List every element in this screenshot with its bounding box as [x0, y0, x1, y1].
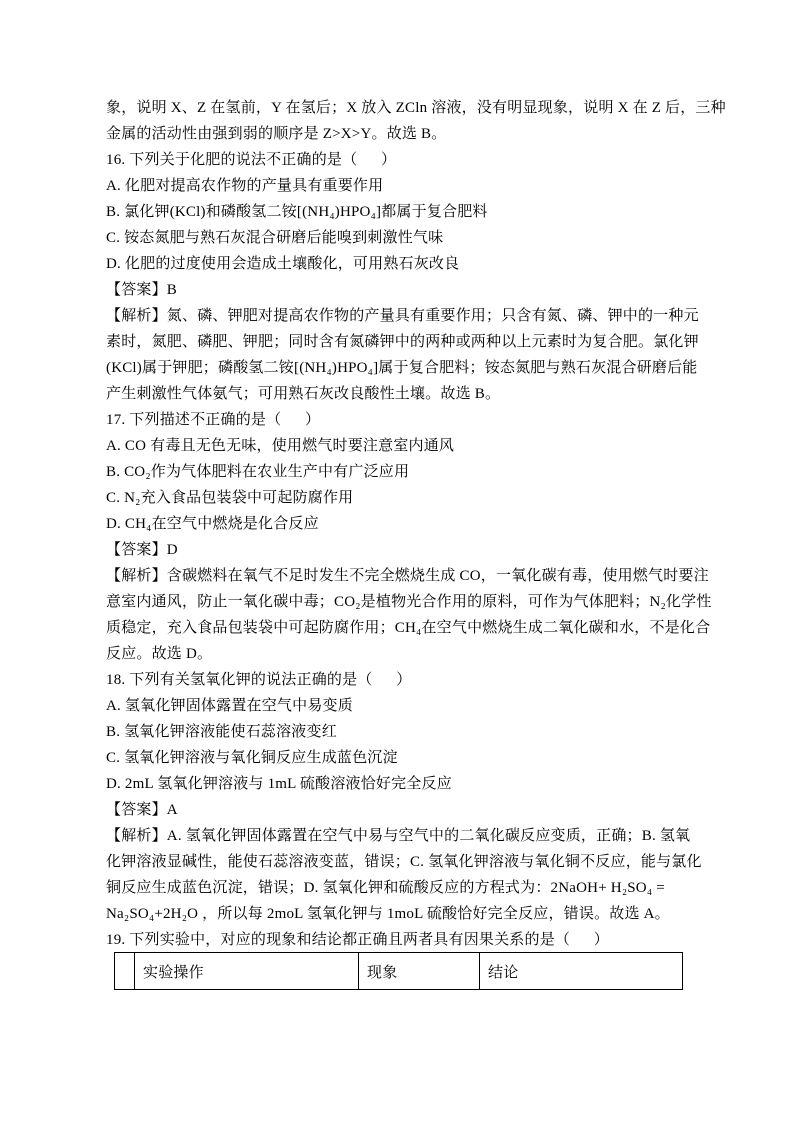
text-line: 18. 下列有关氢氧化钾的说法正确的是（ ）	[106, 667, 712, 693]
text-line: B. CO₂作为气体肥料在农业生产中有广泛应用	[106, 459, 712, 485]
text-line: (KCl)属于钾肥；磷酸氢二铵[(NH₄)HPO₄]属于复合肥料；铵态氮肥与熟石…	[106, 355, 712, 381]
text-line: 象，说明 X、Z 在氢前，Y 在氢后；X 放入 ZCln 溶液，没有明显现象，说…	[106, 95, 712, 121]
text-line: A. CO 有毒且无色无味，使用燃气时要注意室内通风	[106, 433, 712, 459]
text-line: D. CH₄在空气中燃烧是化合反应	[106, 511, 712, 537]
text-line: 意室内通风，防止一氧化碳中毒；CO₂是植物光合作用的原料，可作为气体肥料；N₂化…	[106, 589, 712, 615]
text-line: C. 氢氧化钾溶液与氧化铜反应生成蓝色沉淀	[106, 745, 712, 771]
text-line: 铜反应生成蓝色沉淀，错误；D. 氢氧化钾和硫酸反应的方程式为：2NaOH+ H₂…	[106, 875, 712, 901]
question19-table: 实验操作 现象 结论	[114, 952, 683, 990]
table-header-operation: 实验操作	[135, 953, 359, 990]
table-header-phenomenon: 现象	[359, 953, 480, 990]
text-line: 反应。故选 D。	[106, 641, 712, 667]
text-line: D. 2mL 氢氧化钾溶液与 1mL 硫酸溶液恰好完全反应	[106, 771, 712, 797]
text-line: B. 氢氧化钾溶液能使石蕊溶液变红	[106, 719, 712, 745]
table-header-conclusion: 结论	[480, 953, 683, 990]
text-line: Na₂SO₄+2H₂O ，所以每 2moL 氢氧化钾与 1moL 硫酸恰好完全反…	[106, 901, 712, 927]
text-line: 【解析】氮、磷、钾肥对提高农作物的产量具有重要作用；只含有氮、磷、钾中的一种元	[106, 303, 712, 329]
text-line: 素时，氮肥、磷肥、钾肥；同时含有氮磷钾中的两种或两种以上元素时为复合肥。氯化钾	[106, 329, 712, 355]
text-line: 19. 下列实验中，对应的现象和结论都正确且两者具有因果关系的是（ ）	[106, 927, 712, 953]
text-line: 【解析】A. 氢氧化钾固体露置在空气中易与空气中的二氧化碳反应变质，正确；B. …	[106, 823, 712, 849]
text-line: 16. 下列关于化肥的说法不正确的是（ ）	[106, 147, 712, 173]
text-line: 【解析】含碳燃料在氧气不足时发生不完全燃烧生成 CO，一氧化碳有毒，使用燃气时要…	[106, 563, 712, 589]
table-header-row: 实验操作 现象 结论	[115, 953, 683, 990]
text-line: 质稳定，充入食品包装袋中可起防腐作用；CH₄在空气中燃烧生成二氧化碳和水，不是化…	[106, 615, 712, 641]
text-line: 【答案】A	[106, 797, 712, 823]
text-line: 化钾溶液显碱性，能使石蕊溶液变蓝，错误；C. 氢氧化钾溶液与氧化铜不反应，能与氯…	[106, 849, 712, 875]
text-line: C. 铵态氮肥与熟石灰混合研磨后能嗅到刺激性气味	[106, 225, 712, 251]
text-line: A. 化肥对提高农作物的产量具有重要作用	[106, 173, 712, 199]
table-header-index	[115, 953, 135, 990]
text-line: 【答案】D	[106, 537, 712, 563]
text-line: A. 氢氧化钾固体露置在空气中易变质	[106, 693, 712, 719]
document-page: 象，说明 X、Z 在氢前，Y 在氢后；X 放入 ZCln 溶液，没有明显现象，说…	[0, 0, 794, 1123]
text-line: 金属的活动性由强到弱的顺序是 Z>X>Y。故选 B。	[106, 121, 712, 147]
text-line: 产生刺激性气体氨气；可用熟石灰改良酸性土壤。故选 B。	[106, 381, 712, 407]
text-line: 17. 下列描述不正确的是（ ）	[106, 407, 712, 433]
text-line: C. N₂充入食品包装袋中可起防腐作用	[106, 485, 712, 511]
text-line: 【答案】B	[106, 277, 712, 303]
text-line: D. 化肥的过度使用会造成土壤酸化，可用熟石灰改良	[106, 251, 712, 277]
document-text: 象，说明 X、Z 在氢前，Y 在氢后；X 放入 ZCln 溶液，没有明显现象，说…	[106, 95, 712, 953]
text-line: B. 氯化钾(KCl)和磷酸氢二铵[(NH₄)HPO₄]都属于复合肥料	[106, 199, 712, 225]
